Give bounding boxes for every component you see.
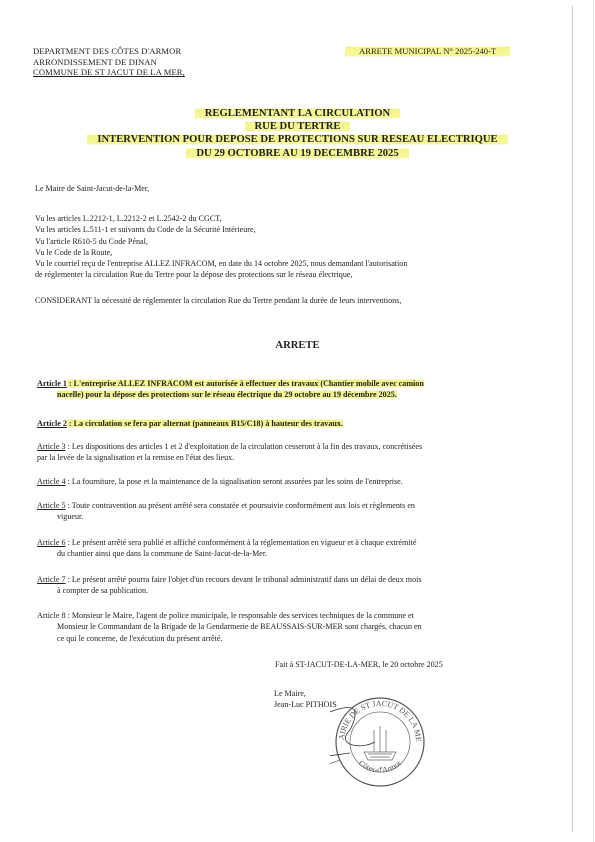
article-8: Article 8 : Monsieur le Maire, l'agent d… [37, 610, 567, 644]
article-text: par la levée de la signalisation et la r… [37, 452, 567, 463]
article-text: : Les dispositions des articles 1 et 2 d… [66, 442, 423, 451]
commune-line: COMMUNE DE ST JACUT DE LA MER, [33, 67, 185, 78]
article-text: : Monsieur le Maire, l'agent de police m… [66, 611, 414, 620]
article-text: : Le présent arrêté pourra faire l'objet… [66, 575, 422, 584]
signature-block: Le Maire, Jean-Luc PITHOIS [274, 688, 337, 710]
considerant-text: CONSIDERANT la nécessité de réglementer … [35, 295, 567, 306]
article-label: Article 8 [37, 611, 66, 620]
mayor-intro: Le Maire de Saint-Jacut-de-la-Mer, [35, 183, 567, 194]
considerant: CONSIDERANT la nécessité de réglementer … [35, 295, 567, 306]
article-2: Article 2 : La circulation se fera par a… [37, 418, 567, 429]
vu-item: Vu les articles L.2212-1, L.2212-2 et L.… [35, 213, 567, 224]
issuer-header: DEPARTMENT DES CÔTES D'ARMOR ARRONDISSEM… [33, 46, 185, 78]
article-6: Article 6 : Le présent arrêté sera publi… [37, 537, 567, 560]
svg-text:Côtes-d'Armor: Côtes-d'Armor [357, 758, 403, 774]
article-3: Article 3 : Les dispositions des article… [37, 441, 567, 464]
article-label: Article 7 [37, 575, 66, 584]
title-line: DU 29 OCTOBRE AU 19 DECEMBRE 2025 [186, 148, 408, 159]
signatory-name: Jean-Luc PITHOIS [274, 699, 337, 710]
place-date: Fait à ST-JACUT-DE-LA-MER, le 20 octobre… [275, 660, 443, 669]
vu-list: Vu les articles L.2212-1, L.2212-2 et L.… [35, 213, 567, 281]
vu-item: Vu les articles L.511-1 et suivants du C… [35, 224, 567, 235]
article-text: : La circulation se fera par alternat (p… [67, 419, 343, 428]
document-page: DEPARTMENT DES CÔTES D'ARMOR ARRONDISSEM… [0, 0, 595, 842]
title-line: REGLEMENTANT LA CIRCULATION [195, 108, 400, 119]
article-text: vigueur. [37, 511, 567, 522]
title-line: RUE DU TERTRE [245, 121, 351, 132]
vu-item: Vu l'article R610-5 du Code Pénal, [35, 236, 567, 247]
vu-item: Vu le Code de la Route, [35, 247, 567, 258]
official-stamp-icon: MAIRIE DE ST JACUT DE LA MER Côtes-d'Arm… [330, 690, 430, 790]
article-label: Article 4 [37, 477, 66, 486]
vu-item: de réglementer la circulation Rue du Ter… [35, 269, 567, 280]
article-text: : Toute contravention au présent arrêté … [66, 501, 415, 510]
article-text: : L'entreprise ALLEZ INFRACOM est autori… [67, 379, 424, 388]
article-text: nacelle) pour la dépose des protections … [57, 390, 397, 399]
article-text: du chantier ainsi que dans la commune de… [37, 548, 567, 559]
arrete-heading: ARRETE [0, 340, 595, 351]
article-label: Article 3 [37, 442, 66, 451]
article-7: Article 7 : Le présent arrêté pourra fai… [37, 574, 567, 597]
stamp-bottom-text: Côtes-d'Armor [357, 758, 403, 774]
title-line: INTERVENTION POUR DEPOSE DE PROTECTIONS … [87, 134, 507, 145]
article-text: : Le présent arrêté sera publié et affic… [66, 538, 417, 547]
article-text: à compter de sa publication. [37, 585, 567, 596]
article-5: Article 5 : Toute contravention au prése… [37, 500, 567, 523]
article-1: Article 1 : L'entreprise ALLEZ INFRACOM … [37, 378, 567, 401]
vu-item: Vu le courriel reçu de l'entreprise ALLE… [35, 258, 567, 269]
article-text: Monsieur le Commandant de la Brigade de … [37, 621, 567, 632]
article-label: Article 2 [37, 419, 67, 428]
arrete-number: ARRETE MUNICIPAL N° 2025-240-T [344, 46, 511, 57]
mayor-line: Le Maire de Saint-Jacut-de-la-Mer, [35, 183, 567, 194]
arrete-number-text: ARRETE MUNICIPAL N° 2025-240-T [359, 46, 496, 57]
arrondissement-line: ARRONDISSEMENT DE DINAN [33, 57, 185, 68]
department-line: DEPARTMENT DES CÔTES D'ARMOR [33, 46, 185, 57]
document-title: REGLEMENTANT LA CIRCULATION RUE DU TERTR… [0, 107, 595, 160]
article-text: ce qui le concerne, de l'exécution du pr… [37, 633, 567, 644]
article-4: Article 4 : La fourniture, la pose et la… [37, 476, 567, 487]
signatory-title: Le Maire, [274, 688, 337, 699]
article-label: Article 1 [37, 379, 67, 388]
article-label: Article 5 [37, 501, 66, 510]
article-text: : La fourniture, la pose et la maintenan… [66, 477, 403, 486]
article-label: Article 6 [37, 538, 66, 547]
